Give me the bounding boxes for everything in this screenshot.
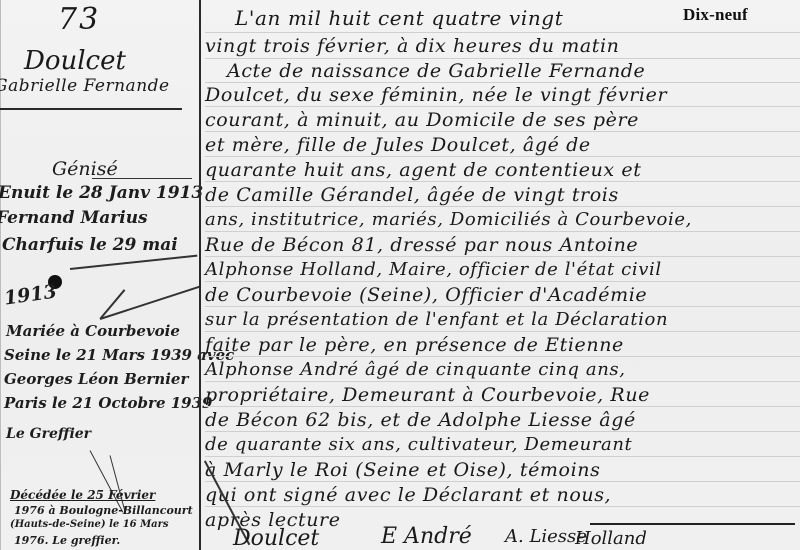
annotation-underline <box>92 178 192 179</box>
margin-annotation-year: 1913 <box>3 280 58 309</box>
ruled-line <box>205 256 800 257</box>
signature-doulcet: Doulcet <box>233 526 319 550</box>
death-note-line: 1976 à Boulogne-Billancourt <box>14 504 193 517</box>
body-line: à Marly le Roi (Seine et Oise), témoins <box>205 459 600 481</box>
ruled-line <box>205 381 800 382</box>
ruled-line <box>205 206 800 207</box>
ruled-line <box>205 431 800 432</box>
body-line: sur la présentation de l'enfant et la Dé… <box>205 309 668 330</box>
printed-day-header: Dix-neuf <box>683 5 748 25</box>
body-line: courant, à minuit, au Domicile de ses pè… <box>205 109 639 131</box>
ruled-line <box>205 506 800 507</box>
ruled-line <box>205 181 800 182</box>
margin-name-underline <box>0 108 182 110</box>
body-line: ans, institutrice, mariés, Domiciliés à … <box>205 209 692 230</box>
signature-holland: Holland <box>575 528 647 549</box>
marriage-note-line: Mariée à Courbevoie <box>6 322 180 340</box>
ruled-line <box>205 281 800 282</box>
death-note-line: Décédée le 25 Février <box>10 488 155 502</box>
margin-annotation-line: Enuit le 28 Janv 1913 <box>0 183 203 203</box>
entry-number: 73 <box>58 2 100 37</box>
body-line: de Courbevoie (Seine), Officier d'Académ… <box>205 284 647 306</box>
ruled-line <box>205 456 800 457</box>
body-line: de Camille Gérandel, âgée de vingt trois <box>205 184 619 206</box>
ruled-line <box>205 406 800 407</box>
ruled-line <box>205 306 800 307</box>
margin-annotation-line: Charfuis le 29 mai <box>2 235 178 255</box>
annotation-dash-line <box>70 255 198 270</box>
marriage-note-signature: Le Greffier <box>6 426 91 442</box>
margin-divider-line <box>199 0 201 550</box>
marriage-note-line: Georges Léon Bernier <box>4 370 188 388</box>
ruled-line <box>205 231 800 232</box>
body-line: Alphonse André âgé de cinquante cinq ans… <box>205 359 626 380</box>
ruled-line <box>205 331 800 332</box>
ruled-line <box>205 58 800 59</box>
margin-annotation-line: Fernand Marius <box>0 208 148 228</box>
ruled-line <box>205 356 800 357</box>
death-note-line: 1976. Le greffier. <box>14 534 120 547</box>
body-line: qui ont signé avec le Déclarant et nous, <box>205 484 611 506</box>
marriage-note-line: Paris le 21 Octobre 1939 <box>4 394 212 412</box>
margin-column: 73 Doulcet Gabrielle Fernande Génisé Enu… <box>0 0 199 550</box>
body-line: vingt trois février, à dix heures du mat… <box>205 35 620 57</box>
body-line: Rue de Bécon 81, dressé par nous Antoine <box>205 234 638 256</box>
margin-annotation-line: Génisé <box>52 158 118 180</box>
body-line: faite par le père, en présence de Etienn… <box>205 334 624 356</box>
death-note-line: (Hauts-de-Seine) le 16 Mars <box>10 519 169 530</box>
body-line: et mère, fille de Jules Doulcet, âgé de <box>205 134 591 156</box>
body-line: Doulcet, du sexe féminin, née le vingt f… <box>205 84 667 106</box>
margin-surname: Doulcet <box>24 46 126 76</box>
body-line: de Bécon 62 bis, et de Adolphe Liesse âg… <box>205 409 636 431</box>
ruled-line <box>205 32 800 33</box>
body-line: L'an mil huit cent quatre vingt <box>235 6 563 30</box>
ruled-line <box>205 131 800 132</box>
ruled-line <box>205 481 800 482</box>
scanned-register-page: 73 Doulcet Gabrielle Fernande Génisé Enu… <box>0 0 800 550</box>
margin-stroke <box>100 286 200 320</box>
body-line: Alphonse Holland, Maire, officier de l'é… <box>205 259 662 280</box>
body-line: Acte de naissance de Gabrielle Fernande <box>227 60 645 82</box>
signature-andre: E André <box>381 524 472 549</box>
ruled-line <box>205 82 800 83</box>
record-body: Dix-neuf L'an mil huit cent quatre vingt… <box>205 0 800 550</box>
ruled-line <box>205 106 800 107</box>
body-line: de quarante six ans, cultivateur, Demeur… <box>205 434 632 455</box>
body-line: quarante huit ans, agent de contentieux … <box>205 159 641 181</box>
margin-forenames: Gabrielle Fernande <box>0 76 170 96</box>
body-line: propriétaire, Demeurant à Courbevoie, Ru… <box>205 384 650 406</box>
ruled-line <box>205 156 800 157</box>
signature-rule <box>590 523 795 525</box>
